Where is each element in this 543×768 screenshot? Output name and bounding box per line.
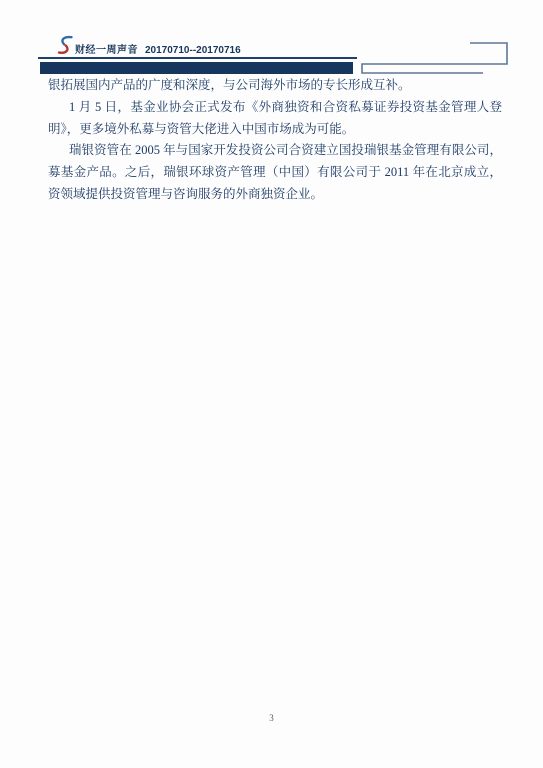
body-text: 银拓展国内产品的广度和深度，与公司海外市场的专长形成互补。 1 月 5 日，基金… <box>48 75 502 206</box>
paragraph-line: 资领域提供投资管理与咨询服务的外商独资企业。 <box>48 184 502 206</box>
paragraph-line: 募基金产品。之后，瑞银环球资产管理（中国）有限公司于 2011 年在北京成立，为… <box>48 162 502 184</box>
company-swoosh-logo-icon <box>56 35 74 55</box>
header-underline <box>38 57 357 59</box>
header-title-row: 财经一周声音20170710--20170716 <box>75 43 241 58</box>
header-banner-bar <box>40 62 353 74</box>
paragraph-line: 瑞银资管在 2005 年与国家开发投资公司合资建立国投瑞银基金管理有限公司，提供… <box>48 140 502 162</box>
document-page: 财经一周声音20170710--20170716 银拓展国内产品的广度和深度，与… <box>0 0 543 768</box>
header-title: 财经一周声音 <box>75 45 138 56</box>
paragraph-line: 1 月 5 日，基金业协会正式发布《外商独资和合资私募证券投资基金管理人登记备案… <box>48 97 502 119</box>
paragraph-line: 明》，更多境外私募与资管大佬进入中国市场成为可能。 <box>48 119 502 141</box>
page-number: 3 <box>0 711 543 725</box>
textbox-outline-decoration <box>360 41 510 76</box>
paragraph-line: 银拓展国内产品的广度和深度，与公司海外市场的专长形成互补。 <box>48 75 502 97</box>
header-date-range: 20170710--20170716 <box>145 45 241 56</box>
